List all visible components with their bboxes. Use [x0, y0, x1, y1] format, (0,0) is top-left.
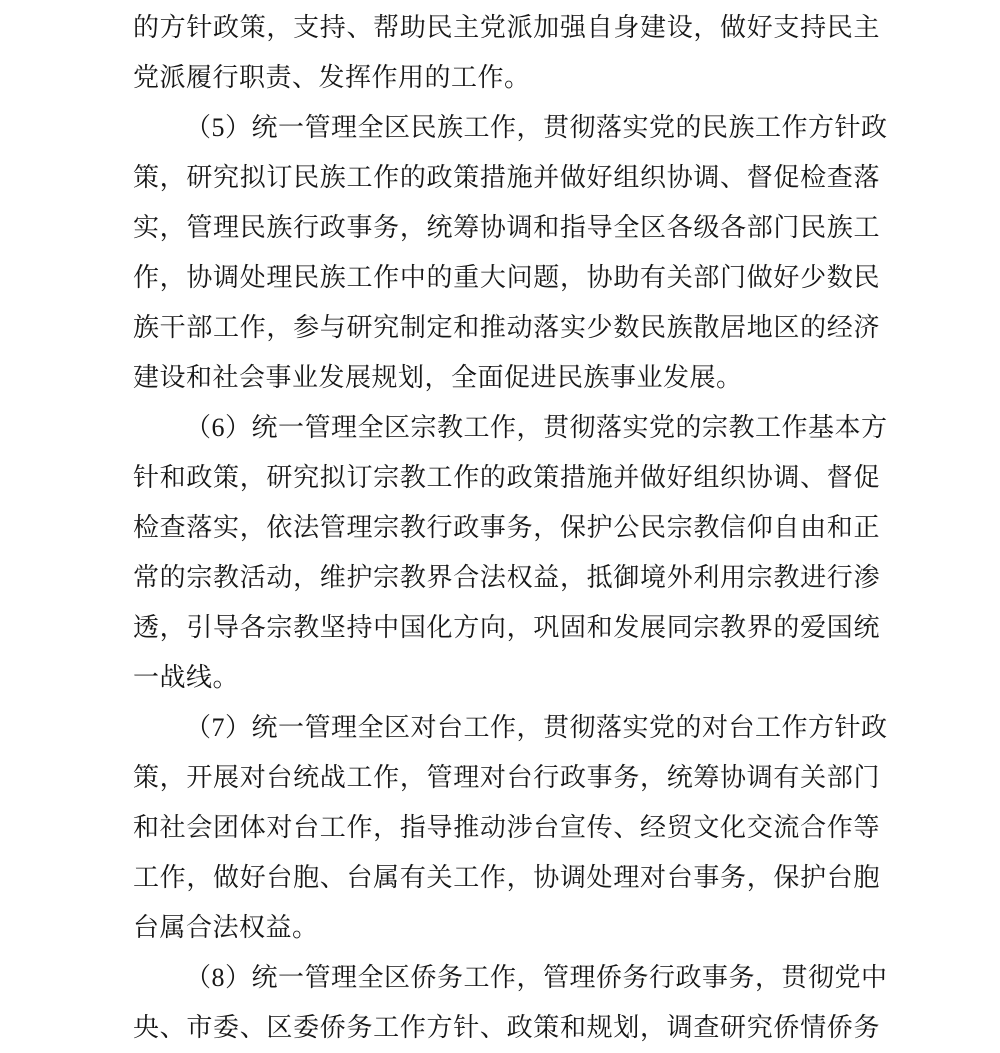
- document-page: 的方针政策，支持、帮助民主党派加强自身建设，做好支持民主党派履行职责、发挥作用的…: [0, 0, 1000, 1053]
- document-body: 的方针政策，支持、帮助民主党派加强自身建设，做好支持民主党派履行职责、发挥作用的…: [133, 3, 880, 1053]
- text-line: 建设和社会事业发展规划，全面促进民族事业发展。: [133, 353, 880, 403]
- text-line: 一战线。: [133, 653, 880, 703]
- text-line: 针和政策，研究拟订宗教工作的政策措施并做好组织协调、督促: [133, 453, 880, 503]
- text-line: 党派履行职责、发挥作用的工作。: [133, 53, 880, 103]
- text-line: 作，协调处理民族工作中的重大问题，协助有关部门做好少数民: [133, 253, 880, 303]
- text-line: 策，开展对台统战工作，管理对台行政事务，统筹协调有关部门: [133, 753, 880, 803]
- text-line: 策，研究拟订民族工作的政策措施并做好组织协调、督促检查落: [133, 153, 880, 203]
- text-line: 实，管理民族行政事务，统筹协调和指导全区各级各部门民族工: [133, 203, 880, 253]
- paragraph-continuation: 的方针政策，支持、帮助民主党派加强自身建设，做好支持民主党派履行职责、发挥作用的…: [133, 3, 880, 103]
- paragraph-item-6: （6）统一管理全区宗教工作，贯彻落实党的宗教工作基本方针和政策，研究拟订宗教工作…: [133, 403, 880, 703]
- text-line: 台属合法权益。: [133, 903, 880, 953]
- text-line: 透，引导各宗教坚持中国化方向，巩固和发展同宗教界的爱国统: [133, 603, 880, 653]
- paragraph-item-8: （8）统一管理全区侨务工作，管理侨务行政事务，贯彻党中央、市委、区委侨务工作方针…: [133, 953, 880, 1053]
- text-line: 检查落实，依法管理宗教行政事务，保护公民宗教信仰自由和正: [133, 503, 880, 553]
- text-line: （8）统一管理全区侨务工作，管理侨务行政事务，贯彻党中: [133, 953, 880, 1003]
- text-line: 和社会团体对台工作，指导推动涉台宣传、经贸文化交流合作等: [133, 803, 880, 853]
- text-line: （6）统一管理全区宗教工作，贯彻落实党的宗教工作基本方: [133, 403, 880, 453]
- text-line: 央、市委、区委侨务工作方针、政策和规划，调查研究侨情侨务: [133, 1003, 880, 1053]
- text-line: （7）统一管理全区对台工作，贯彻落实党的对台工作方针政: [133, 703, 880, 753]
- text-line: 常的宗教活动，维护宗教界合法权益，抵御境外利用宗教进行渗: [133, 553, 880, 603]
- paragraph-item-5: （5）统一管理全区民族工作，贯彻落实党的民族工作方针政策，研究拟订民族工作的政策…: [133, 103, 880, 403]
- text-line: 族干部工作，参与研究制定和推动落实少数民族散居地区的经济: [133, 303, 880, 353]
- text-line: 的方针政策，支持、帮助民主党派加强自身建设，做好支持民主: [133, 3, 880, 53]
- text-line: （5）统一管理全区民族工作，贯彻落实党的民族工作方针政: [133, 103, 880, 153]
- text-line: 工作，做好台胞、台属有关工作，协调处理对台事务，保护台胞: [133, 853, 880, 903]
- paragraph-item-7: （7）统一管理全区对台工作，贯彻落实党的对台工作方针政策，开展对台统战工作，管理…: [133, 703, 880, 953]
